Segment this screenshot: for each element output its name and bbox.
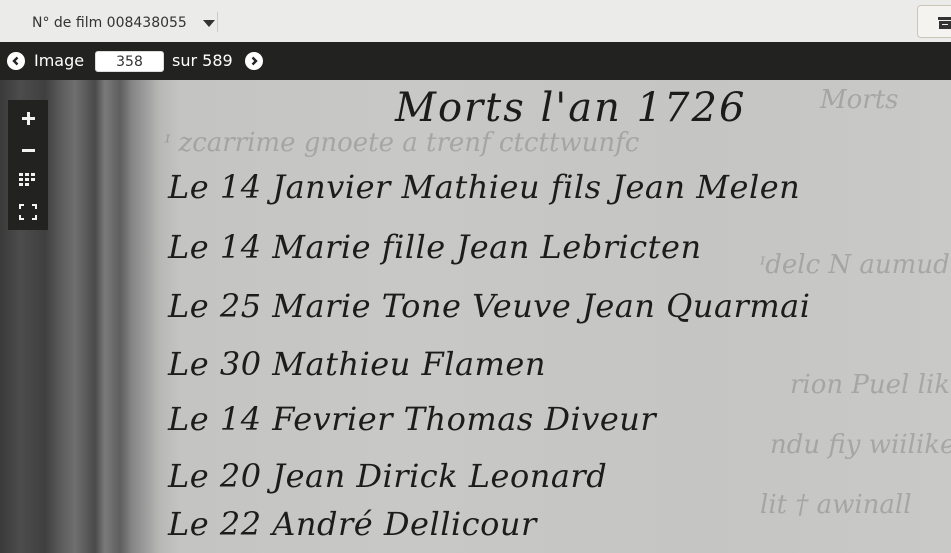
record-line: Le 30 Mathieu Flamen: [168, 345, 546, 383]
record-line: Le 22 André Dellicour: [168, 505, 537, 543]
zoom-in-button[interactable]: [8, 103, 48, 133]
document-title: Morts l'an 1726: [395, 85, 746, 131]
fullscreen-button[interactable]: [8, 196, 48, 226]
film-number-dropdown[interactable]: N° de film 008438055: [32, 12, 215, 34]
record-line: Le 14 Janvier Mathieu fils Jean Melen: [168, 168, 800, 206]
zoom-controls: [8, 100, 48, 230]
top-toolbar: N° de film 008438055: [0, 0, 951, 42]
document-handwriting: Morts l'an 1726 Le 14 Janvier Mathieu fi…: [0, 80, 951, 553]
caret-down-icon: [203, 20, 215, 27]
image-label: Image: [34, 51, 84, 70]
gallery-view-button[interactable]: [8, 165, 48, 195]
page-number-input[interactable]: [95, 51, 164, 72]
film-number-label: N° de film 008438055: [32, 15, 187, 31]
zoom-out-button[interactable]: [8, 134, 48, 164]
record-line: Le 25 Marie Tone Veuve Jean Quarmai: [168, 287, 810, 325]
image-navigation-bar: Image sur 589: [0, 42, 951, 80]
total-images-label: sur 589: [172, 51, 233, 70]
archive-button[interactable]: [917, 5, 951, 38]
toolbar-divider: [217, 12, 218, 32]
document-image-viewer[interactable]: ᶦ zcarrime gnoete a trenf ctcttwunfc Mor…: [0, 80, 951, 553]
previous-image-button[interactable]: [7, 52, 25, 70]
record-line: Le 20 Jean Dirick Leonard: [168, 457, 607, 495]
chevron-left-icon: [11, 56, 21, 66]
record-line: Le 14 Marie fille Jean Lebricten: [168, 228, 702, 266]
archive-box-icon: [938, 17, 951, 29]
record-line: Le 14 Fevrier Thomas Diveur: [168, 400, 656, 438]
next-image-button[interactable]: [245, 52, 263, 70]
chevron-right-icon: [249, 56, 259, 66]
